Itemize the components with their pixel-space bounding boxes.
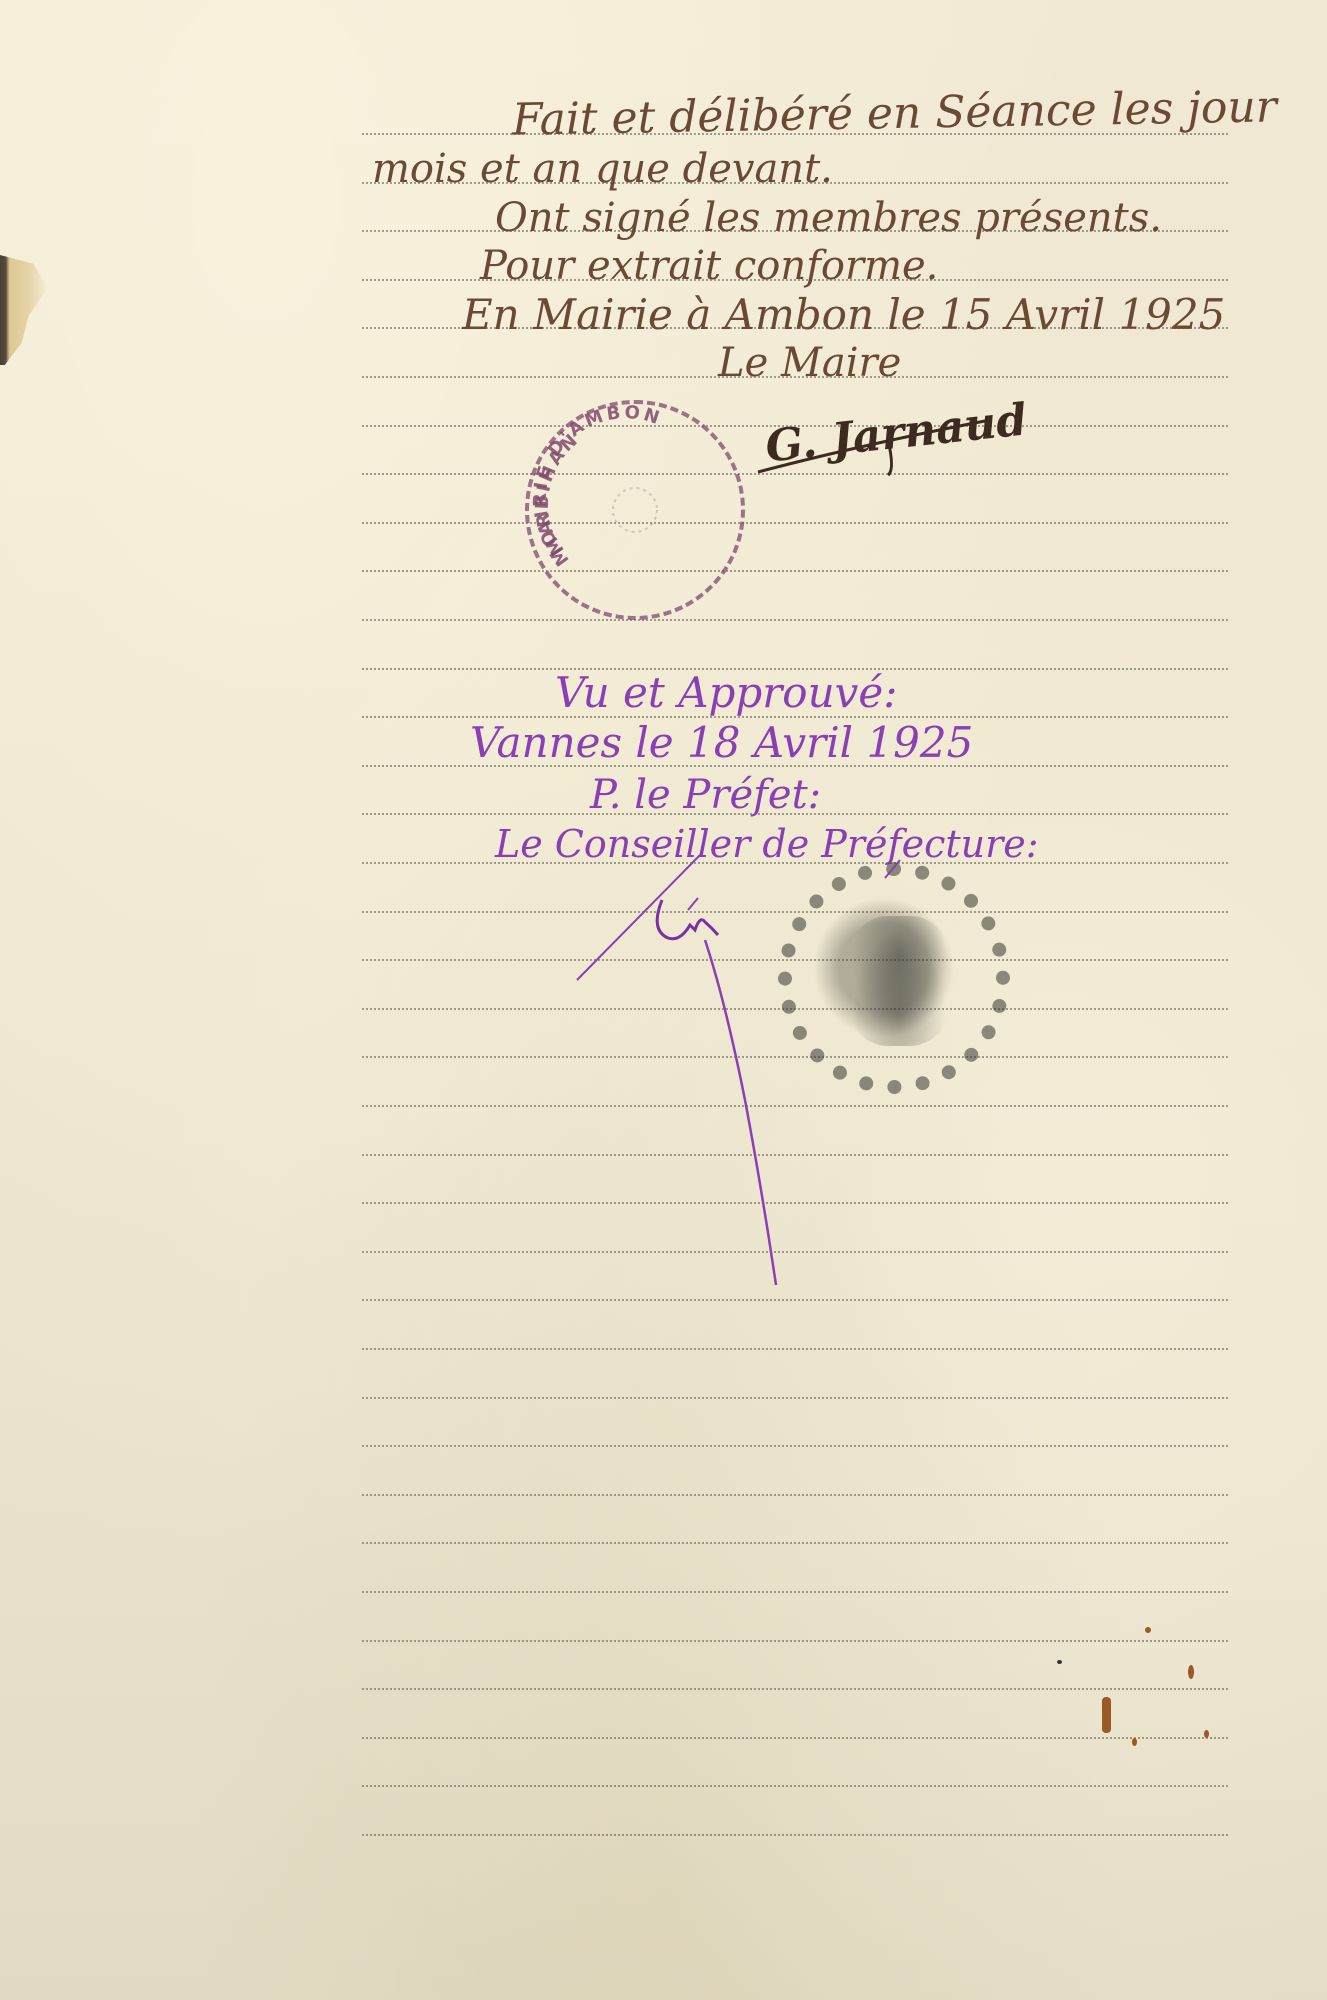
rust-spot — [1204, 1730, 1209, 1738]
ruled-line — [362, 570, 1228, 572]
torn-edge — [0, 255, 48, 365]
closing-line-5-place-date: En Mairie à Ambon le 15 Avril 1925 — [462, 290, 1225, 339]
prefecture-stamp — [778, 862, 1010, 1094]
ruled-line — [362, 1251, 1228, 1253]
closing-line-4: Pour extrait conforme. — [480, 243, 938, 289]
approval-line-1: Vu et Approuvé: — [555, 668, 897, 717]
ruled-line — [362, 522, 1228, 524]
ruled-line — [362, 1299, 1228, 1301]
ruled-line — [362, 1445, 1228, 1447]
ruled-line — [362, 1348, 1228, 1350]
closing-line-3: Ont signé les membres présents. — [495, 195, 1162, 241]
ruled-line — [362, 911, 1228, 913]
ruled-line — [362, 1105, 1228, 1107]
prefecture-stamp-emblem — [844, 916, 954, 1046]
approval-line-3: P. le Préfet: — [590, 772, 821, 818]
ruled-line — [362, 1785, 1228, 1787]
mairie-stamp: MAIRIE D'AMBON MORBIHAN — [525, 400, 745, 620]
ruled-line — [362, 1834, 1228, 1836]
ruled-line — [362, 1056, 1228, 1058]
ruled-line — [362, 619, 1228, 621]
closing-line-1: Fait et délibéré en Séance les jour — [512, 81, 1278, 145]
rust-spot — [1188, 1665, 1194, 1679]
ruled-line — [362, 1397, 1228, 1399]
ruled-line — [362, 1494, 1228, 1496]
ruled-line — [362, 473, 1228, 475]
svg-text:MORBIHAN: MORBIHAN — [532, 428, 584, 570]
ruled-line — [362, 1542, 1228, 1544]
closing-line-6-title: Le Maire — [718, 340, 901, 386]
ruled-line — [362, 1202, 1228, 1204]
rust-spot — [1145, 1627, 1151, 1633]
rust-spot — [1132, 1738, 1137, 1746]
approval-line-2-place-date: Vannes le 18 Avril 1925 — [470, 718, 973, 767]
ink-dot — [1057, 1660, 1062, 1664]
ruled-line — [362, 1688, 1228, 1690]
document-page: Fait et délibéré en Séance les jour mois… — [0, 0, 1327, 2000]
ruled-line — [362, 1591, 1228, 1593]
approval-line-4: Le Conseiller de Préfecture: — [495, 822, 1039, 866]
mairie-stamp-text: MAIRIE D'AMBON MORBIHAN — [525, 400, 745, 620]
mayor-signature: G. Jarnaud — [763, 394, 1029, 472]
ruled-line — [362, 1640, 1228, 1642]
closing-line-2: mois et an que devant. — [372, 146, 833, 192]
rust-spot — [1102, 1697, 1111, 1733]
ruled-line — [362, 1737, 1228, 1739]
ruled-line — [362, 1154, 1228, 1156]
